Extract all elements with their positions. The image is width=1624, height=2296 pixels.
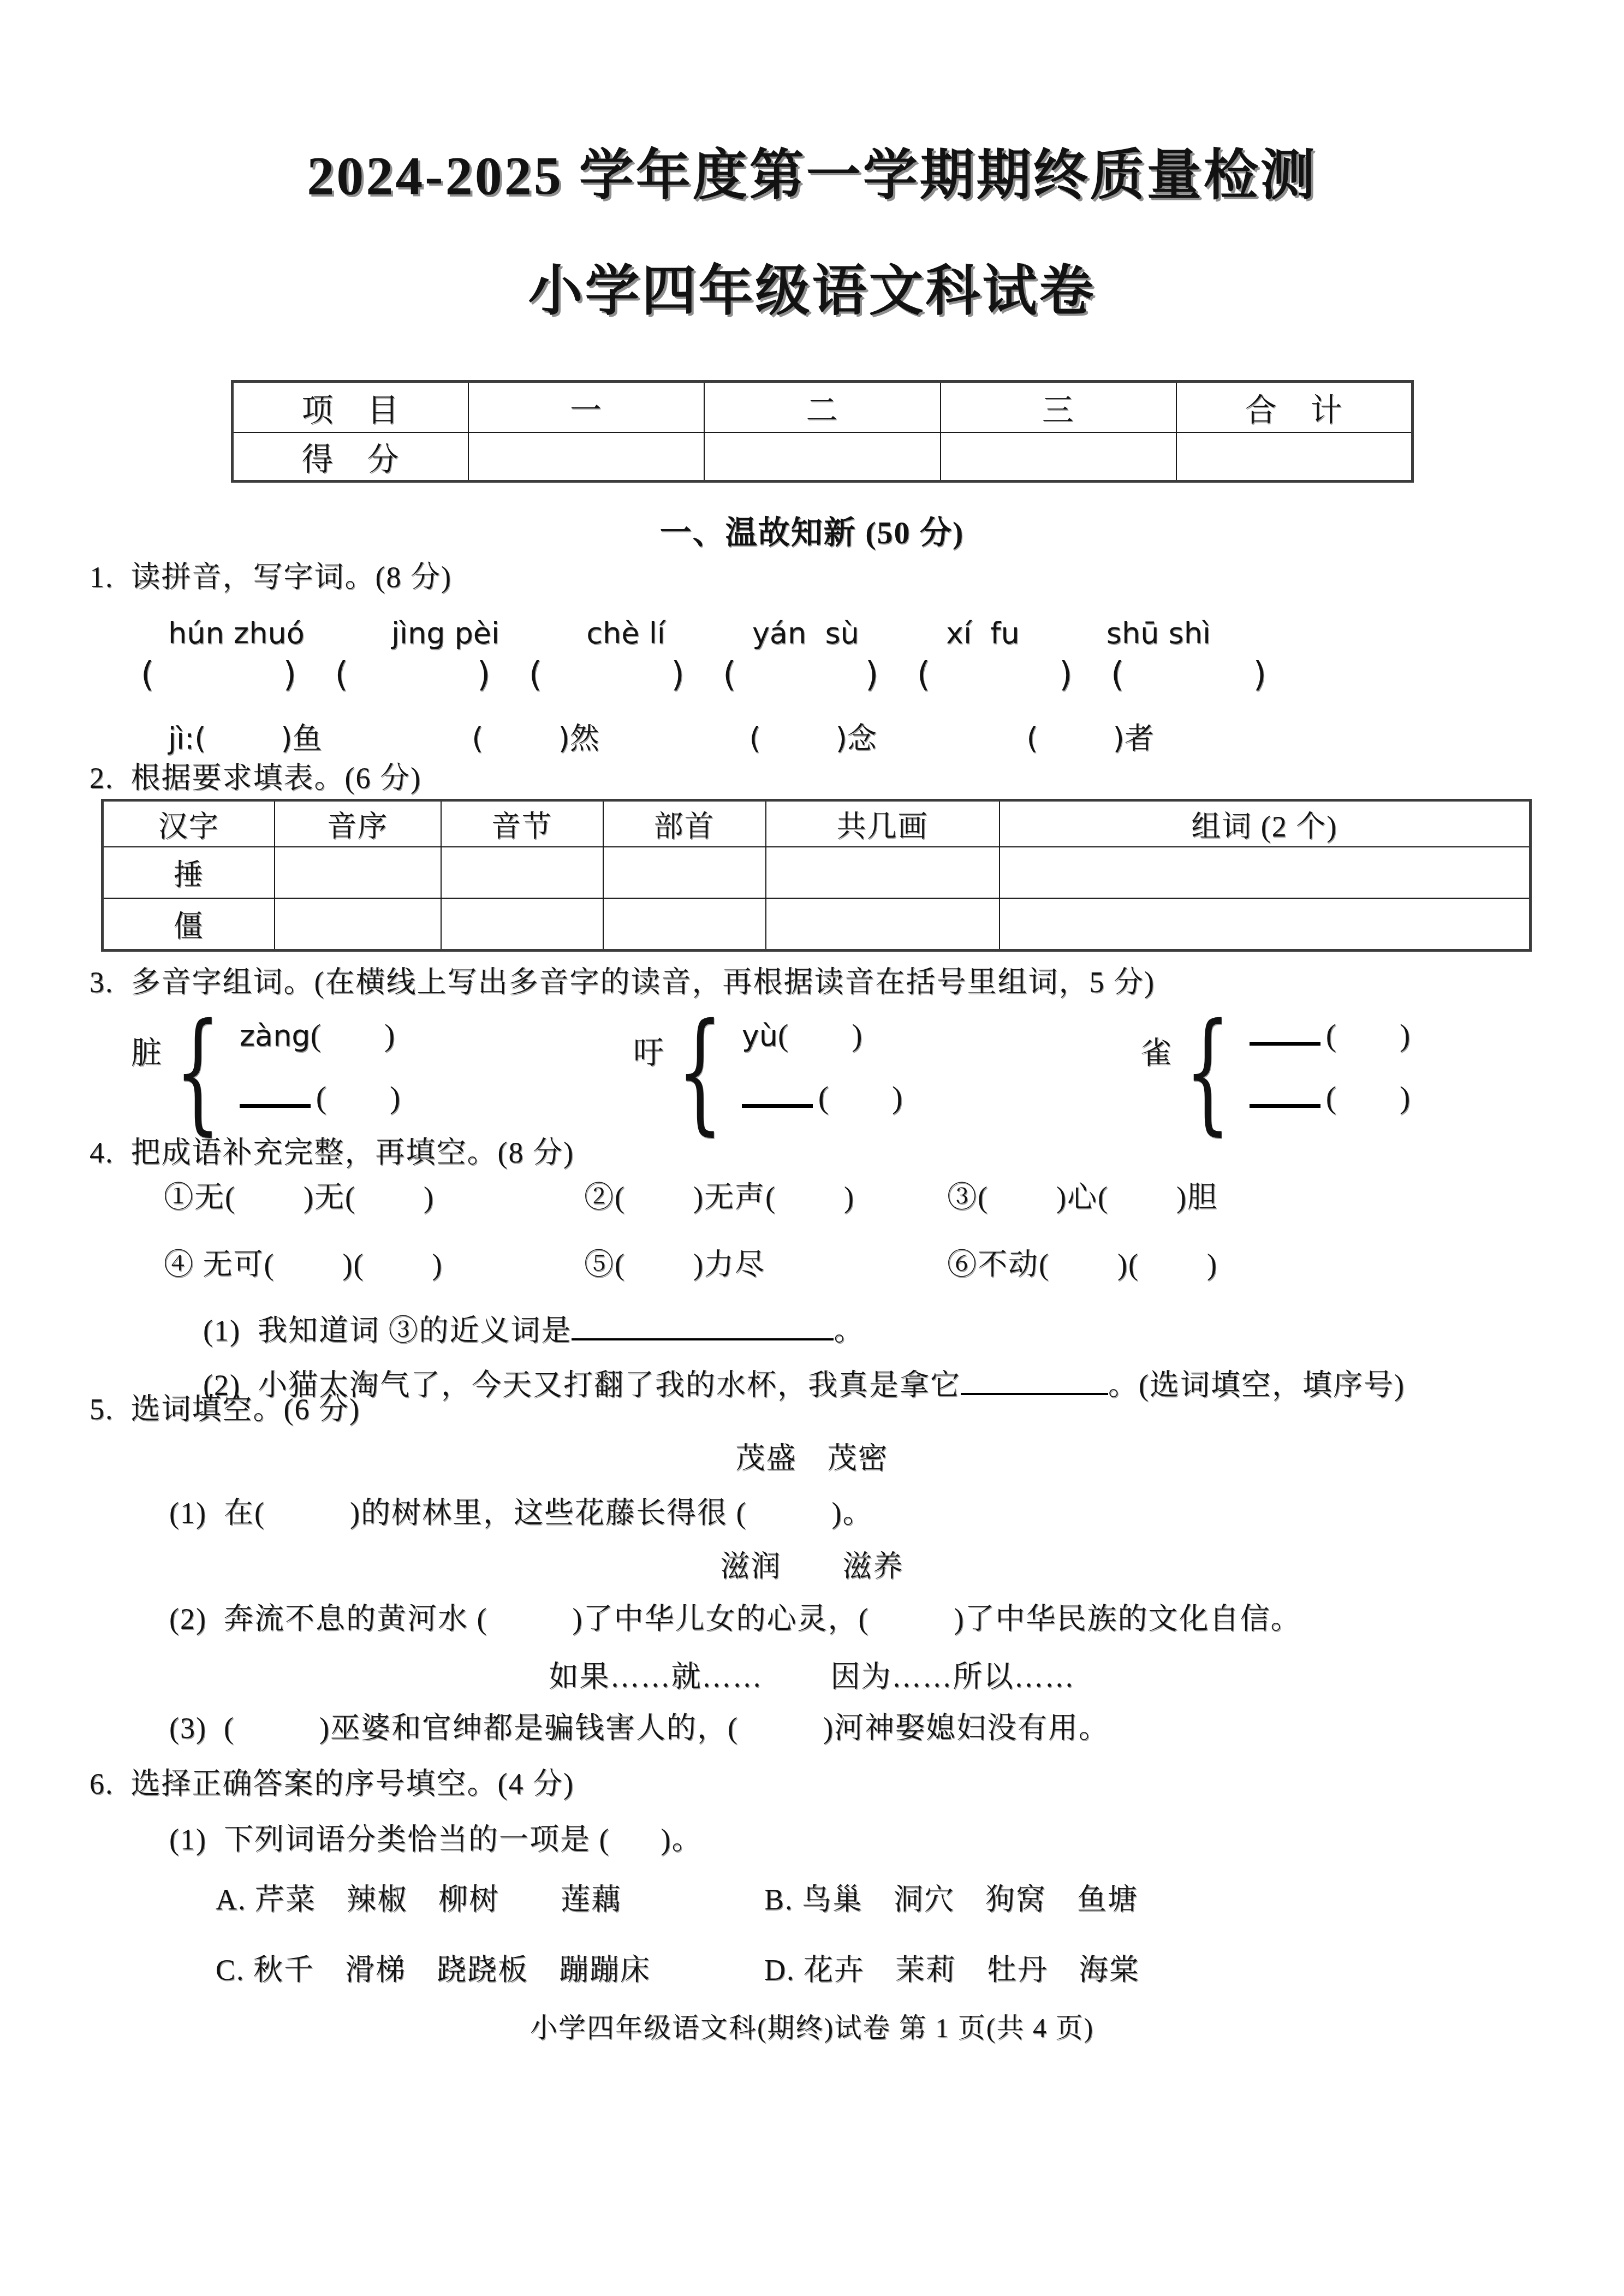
polyphone-row: ( ) xyxy=(1250,1017,1411,1060)
option-b: B. 鸟巢 洞穴 狗窝 鱼塘 xyxy=(764,1876,1417,1918)
paren-blank-1: ( ) xyxy=(141,654,296,694)
option-c: C. 秋千 滑梯 跷跷板 蹦蹦床 xyxy=(216,1947,764,1989)
q2-header-zuci: 组词 (2 个) xyxy=(1000,800,1531,847)
exam-page: 2024-2025 学年度第一学期期终质量检测 小学四年级语文科试卷 项 目 一… xyxy=(0,0,1624,2296)
q2-row2-cell xyxy=(1000,898,1531,951)
question-1-text: 1. 读拼音，写字词。(8 分) xyxy=(90,561,452,594)
pinyin-word-3: chè lí xyxy=(586,616,665,650)
idiom-item-3: ③( )心( )胆 xyxy=(947,1174,1419,1216)
score-header-part-2: 二 xyxy=(704,382,940,433)
section-1-heading: 一、温故知新 (50 分) xyxy=(0,507,1624,553)
question-2-text: 2. 根据要求填表。(6 分) xyxy=(90,762,421,794)
left-brace-icon: { xyxy=(1185,1017,1230,1126)
q2-header-bushou: 部首 xyxy=(603,800,766,847)
paren-blank-3: ( ) xyxy=(529,654,685,694)
polyphone-rows: zàng ( ) ( ) xyxy=(240,1017,401,1123)
q2-row2-cell xyxy=(766,898,1000,951)
score-table-header-row: 项 目 一 二 三 合 计 xyxy=(233,382,1413,433)
paren-blank: ( ) xyxy=(316,1079,401,1116)
polyphone-group-que: 雀 { ( ) ( ) xyxy=(1141,1017,1410,1126)
polyphone-rows: yù ( ) ( ) xyxy=(742,1017,903,1123)
score-header-part-3: 三 xyxy=(941,382,1176,433)
polyphone-row: ( ) xyxy=(240,1079,401,1123)
score-row-label: 得 分 xyxy=(233,432,468,482)
polyphone-row: ( ) xyxy=(742,1079,903,1123)
answer-underline xyxy=(1250,1079,1320,1108)
q2-row1-cell xyxy=(766,847,1000,898)
q2-row1-cell xyxy=(603,847,766,898)
q2-row2-cell xyxy=(603,898,766,951)
polyphone-row: yù ( ) xyxy=(742,1017,903,1060)
left-brace-icon: { xyxy=(175,1017,221,1126)
score-table: 项 目 一 二 三 合 计 得 分 xyxy=(231,380,1414,483)
score-header-part-1: 一 xyxy=(468,382,704,433)
q2-table-row-2: 僵 xyxy=(103,898,1531,951)
q4-idiom-grid: ①无( )无( ) ②( )无声( ) ③( )心( )胆 ④ 无可( )( )… xyxy=(164,1174,1419,1283)
q2-row1-cell xyxy=(275,847,441,898)
q2-table-row-1: 捶 xyxy=(103,847,1531,898)
answer-underline xyxy=(1250,1017,1320,1046)
q5-sub-question-2: (2) 奔流不息的黄河水 ( )了中华儿女的心灵，( )了中华民族的文化自信。 xyxy=(169,1603,1301,1635)
polyphone-char-que: 雀 xyxy=(1141,1029,1171,1072)
polyphone-pinyin: zàng xyxy=(240,1018,311,1053)
paren-blank: ( ) xyxy=(778,1017,862,1053)
left-brace-icon: { xyxy=(677,1017,723,1126)
score-cell-part-1 xyxy=(468,432,704,482)
q4-sub2-note: 。(选词填空，填序号) xyxy=(1108,1369,1405,1402)
polyphone-group-yu: 吁 { yù ( ) ( ) xyxy=(633,1017,902,1126)
q1-pinyin-row: hún zhuó jìng pèi chè lí yán sù xí fu sh… xyxy=(168,616,1211,650)
idiom-item-1: ①无( )无( ) xyxy=(164,1174,584,1216)
paren-blank-4: ( ) xyxy=(723,654,878,694)
paren-blank-2: ( ) xyxy=(335,654,490,694)
polyphone-row: ( ) xyxy=(1250,1079,1411,1123)
polyphone-char-yu: 吁 xyxy=(633,1029,664,1072)
question-4-text: 4. 把成语补充完整，再填空。(8 分) xyxy=(90,1137,574,1169)
q6-sub-question-1: (1) 下列词语分类恰当的一项是 ( )。 xyxy=(169,1824,702,1856)
paren-blank: ( ) xyxy=(818,1079,903,1116)
q2-header-yinjie: 音节 xyxy=(441,800,603,847)
q1-ji-line: jì:( )鱼 ( )然 ( )念 ( )者 xyxy=(168,715,1154,757)
paren-blank: ( ) xyxy=(311,1017,395,1053)
q1-answer-paren-row: ( ) ( ) ( ) ( ) ( ) ( ) xyxy=(141,654,1266,694)
pinyin-word-5: xí fu xyxy=(946,616,1020,650)
q5-sub-question-3: (3) ( )巫婆和官绅都是骗钱害人的，( )河神娶媳妇没有用。 xyxy=(169,1712,1109,1745)
polyphone-rows: ( ) ( ) xyxy=(1250,1017,1411,1123)
exam-title: 2024-2025 学年度第一学期期终质量检测 xyxy=(0,131,1624,210)
q2-row1-char: 捶 xyxy=(103,847,275,898)
idiom-item-4: ④ 无可( )( ) xyxy=(164,1241,584,1283)
score-header-total: 合 计 xyxy=(1176,382,1412,433)
q2-header-hanzi: 汉字 xyxy=(103,800,275,847)
answer-blank xyxy=(961,1369,1108,1395)
exam-subtitle: 小学四年级语文科试卷 xyxy=(0,247,1624,325)
question-3-text: 3. 多音字组词。(在横线上写出多音字的读音，再根据读音在括号里组词，5 分) xyxy=(90,966,1155,999)
q2-row1-cell xyxy=(1000,847,1531,898)
q2-row2-cell xyxy=(275,898,441,951)
score-table-score-row: 得 分 xyxy=(233,432,1413,482)
idiom-item-5: ⑤( )力尽 xyxy=(584,1241,947,1283)
option-d: D. 花卉 茉莉 牡丹 海棠 xyxy=(764,1947,1417,1989)
pinyin-word-2: jìng pèi xyxy=(391,616,499,650)
score-cell-total xyxy=(1176,432,1412,482)
q2-fill-table: 汉字 音序 音节 部首 共几画 组词 (2 个) 捶 僵 xyxy=(101,799,1532,952)
idiom-item-6: ⑥不动( )( ) xyxy=(947,1241,1419,1283)
paren-blank: ( ) xyxy=(1326,1079,1411,1116)
question-5-text: 5. 选词填空。(6 分) xyxy=(90,1393,360,1426)
answer-underline xyxy=(240,1079,311,1108)
q5-sub-question-1: (1) 在( )的树林里，这些花藤长得很 ( )。 xyxy=(169,1497,873,1529)
q5-conjunction-bank: 如果……就…… 因为……所以…… xyxy=(0,1661,1624,1693)
q2-header-yinxu: 音序 xyxy=(275,800,441,847)
polyphone-pinyin: yù xyxy=(742,1018,778,1053)
pinyin-word-1: hún zhuó xyxy=(168,616,305,650)
q2-row2-cell xyxy=(441,898,603,951)
polyphone-row: zàng ( ) xyxy=(240,1017,401,1060)
score-header-project: 项 目 xyxy=(233,382,468,433)
paren-blank: ( ) xyxy=(1326,1017,1411,1053)
answer-underline xyxy=(742,1079,813,1108)
score-cell-part-3 xyxy=(941,432,1176,482)
pinyin-word-6: shū shì xyxy=(1107,616,1211,650)
idiom-item-2: ②( )无声( ) xyxy=(584,1174,947,1216)
q2-table-header-row: 汉字 音序 音节 部首 共几画 组词 (2 个) xyxy=(103,800,1531,847)
polyphone-group-zang: 脏 { zàng ( ) ( ) xyxy=(131,1017,400,1126)
option-a: A. 芹菜 辣椒 柳树 莲藕 xyxy=(216,1876,764,1918)
polyphone-char-zang: 脏 xyxy=(131,1029,162,1072)
q2-row2-char: 僵 xyxy=(103,898,275,951)
paren-blank-6: ( ) xyxy=(1111,654,1266,694)
pinyin-word-4: yán sù xyxy=(752,616,859,650)
q5-word-bank-1: 茂盛 茂密 xyxy=(0,1443,1624,1475)
page-footer: 小学四年级语文科(期终)试卷 第 1 页(共 4 页) xyxy=(0,2006,1624,2045)
q6-options: A. 芹菜 辣椒 柳树 莲藕 B. 鸟巢 洞穴 狗窝 鱼塘 C. 秋千 滑梯 跷… xyxy=(216,1876,1417,1989)
question-6-text: 6. 选择正确答案的序号填空。(4 分) xyxy=(90,1768,574,1800)
score-cell-part-2 xyxy=(704,432,940,482)
q5-word-bank-2: 滋润 滋养 xyxy=(0,1551,1624,1583)
paren-blank-5: ( ) xyxy=(917,654,1073,694)
q2-row1-cell xyxy=(441,847,603,898)
q2-header-strokes: 共几画 xyxy=(766,800,1000,847)
